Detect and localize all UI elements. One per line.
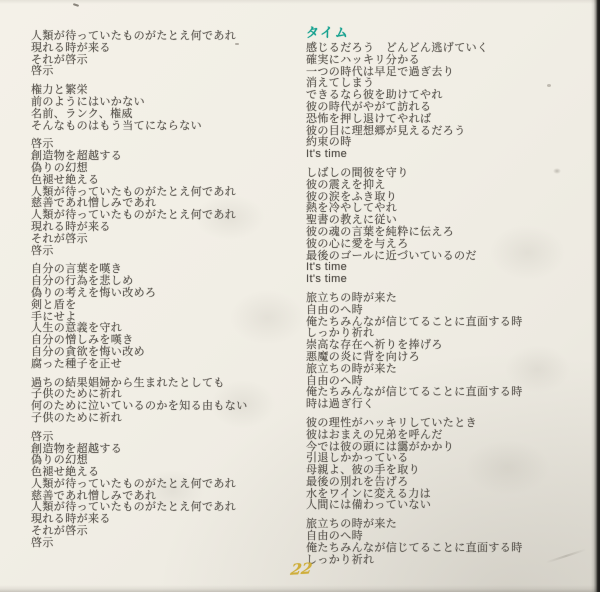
lyric-line: 腐った種子を正せ: [31, 359, 299, 371]
page-number: 22: [289, 559, 313, 578]
lyric-stanza: しばしの間彼を守り彼の震えを抑え彼の涙をふき取り熱を冷やしてやれ聖書の教えに従い…: [306, 168, 592, 286]
lyric-line: 最後のゴールに近づいているのだ: [306, 251, 592, 263]
lyric-line: 約束の時: [306, 137, 592, 149]
lyric-line: 彼の魂の言葉を純粋に伝えろ: [306, 227, 592, 239]
lyric-line: 旅立ちの時が来た: [306, 364, 592, 376]
lyric-line: 人間には備わっていない: [306, 500, 592, 512]
lyric-line: 自由のへ時: [306, 305, 592, 317]
right-lyrics-stanzas: 感じるだろう どんどん逃げていく確実にハッキリ分かる一つの時代は早足で過ぎ去り消…: [306, 43, 592, 566]
lyric-line: 確実にハッキリ分かる: [306, 55, 592, 67]
lyric-line: 前のようにはいかない: [31, 97, 299, 109]
lyric-stanza: 旅立ちの時が来た自由のへ時俺たちみんなが信じてることに直面する時しっかり祈れ崇高…: [306, 293, 592, 411]
lyric-line: 自分の貪欲を悔い改め: [31, 347, 299, 359]
lyric-line: 恐怖を押し退けてやれば: [306, 114, 592, 126]
lyric-stanza: 過ちの結果娼婦から生まれたとしても子供のために祈れ何のために泣いているのかを知る…: [31, 378, 299, 425]
lyric-line: それが啓示: [31, 55, 299, 67]
lyric-line: 彼はおまえの兄弟を呼んだ: [306, 430, 592, 442]
page-top-shading: [0, 0, 600, 4]
lyric-line: 偽りの考えを悔い改めろ: [31, 288, 299, 300]
lyric-line: それが啓示: [31, 526, 299, 538]
lyric-stanza: 自分の言葉を嘆き自分の行為を悲しめ偽りの考えを悔い改めろ剣と盾を手にせよ人生の意…: [31, 264, 299, 370]
lyric-line: 現れる時が来る: [31, 222, 299, 234]
lyric-line: 現れる時が来る: [31, 43, 299, 55]
lyric-line: It's time: [306, 262, 592, 274]
song-title: タイム: [306, 26, 592, 40]
lyric-stanza: 啓示創造物を超越する偽りの幻想色褪せ絶える人類が待っていたものがたとえ何であれ慈…: [31, 139, 299, 257]
lyric-stanza: 彼の理性がハッキリしていたとき彼はおまえの兄弟を呼んだ今では彼の頭には靄がかかり…: [306, 418, 592, 512]
lyric-line: 偽りの幻想: [31, 163, 299, 175]
lyric-line: 最後の別れを告げろ: [306, 477, 592, 489]
lyric-line: そんなものはもう当てにならない: [31, 121, 299, 133]
lyric-stanza: 人類が待っていたものがたとえ何であれ現れる時が来るそれが啓示啓示: [31, 31, 299, 78]
lyric-stanza: 啓示創造物を超越する偽りの幻想色褪せ絶える人類が待っていたものがたとえ何であれ慈…: [31, 432, 299, 550]
lyric-line: 旅立ちの時が来た: [306, 293, 592, 305]
right-lyrics-column: タイム 感じるだろう どんどん逃げていく確実にハッキリ分かる一つの時代は早足で過…: [306, 26, 592, 573]
lyric-line: それが啓示: [31, 234, 299, 246]
lyric-line: 俺たちみんなが信じてることに直面する時: [306, 543, 592, 555]
lyric-line: 子供のために祈れ: [31, 413, 299, 425]
lyric-line: 剣と盾を: [31, 300, 299, 312]
lyric-stanza: 旅立ちの時が来た自由のへ時俺たちみんなが信じてることに直面する時しっかり祈れ: [306, 519, 592, 566]
lyric-line: 彼の理性がハッキリしていたとき: [306, 418, 592, 430]
lyric-line: 彼の時代がやがて訪れる: [306, 102, 592, 114]
lyric-line: 人類が待っていたものがたとえ何であれ: [31, 479, 299, 491]
lyric-line: しっかり祈れ: [306, 555, 592, 567]
lyric-line: 啓示: [31, 66, 299, 78]
lyric-line: It's time: [306, 149, 592, 161]
lyric-line: 啓示: [31, 246, 299, 258]
lyric-line: 彼の震えを抑え: [306, 180, 592, 192]
lyric-stanza: 権力と繁栄前のようにはいかない名前、ランク、権威そんなものはもう当てにならない: [31, 85, 299, 132]
lyric-line: It's time: [306, 274, 592, 286]
lyric-line: 啓示: [31, 538, 299, 550]
lyric-line: 時は過ぎ行く: [306, 399, 592, 411]
lyric-line: 色褪せ絶える: [31, 175, 299, 187]
lyric-line: 悪魔の炎に背を向けろ: [306, 352, 592, 364]
lyric-line: 名前、ランク、権威: [31, 109, 299, 121]
booklet-spine-edge: [591, 0, 600, 592]
lyric-line: しばしの間彼を守り: [306, 168, 592, 180]
left-lyrics-column: 人類が待っていたものがたとえ何であれ現れる時が来るそれが啓示啓示権力と繁栄前のよ…: [31, 31, 299, 557]
lyric-stanza: 感じるだろう どんどん逃げていく確実にハッキリ分かる一つの時代は早足で過ぎ去り消…: [306, 43, 592, 161]
page-bottom-shadow: [0, 585, 600, 592]
booklet-page-scan: 人類が待っていたものがたとえ何であれ現れる時が来るそれが啓示啓示権力と繁栄前のよ…: [0, 0, 600, 592]
lyric-line: 啓示: [31, 432, 299, 444]
lyric-line: 彼の心に愛を与えろ: [306, 239, 592, 251]
